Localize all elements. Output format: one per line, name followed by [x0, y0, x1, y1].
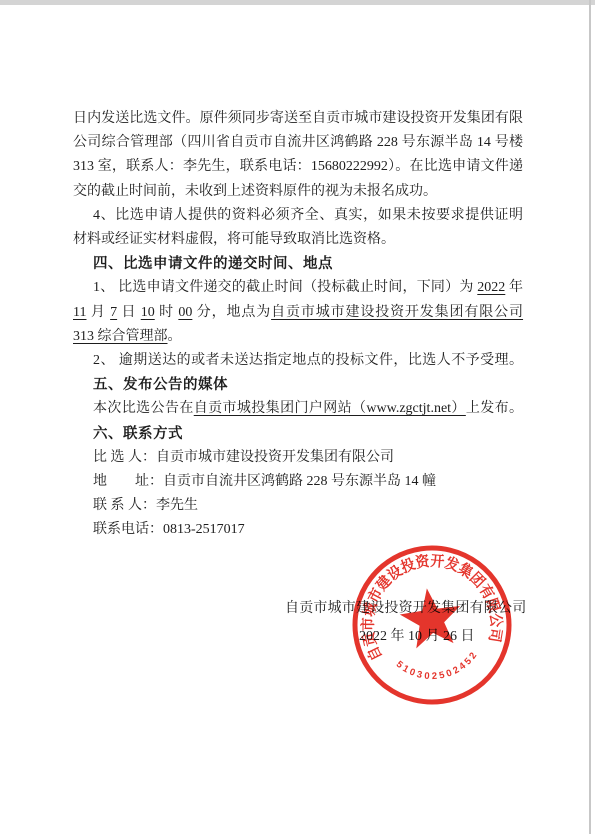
text-segment: 月 — [86, 305, 110, 320]
doc-line: 2、 逾期送达的或者未送达指定地点的投标文件，比选人不予受理。 — [73, 349, 523, 373]
section-heading-6: 六、联系方式 — [73, 422, 523, 446]
text-segment: 上发布。 — [466, 401, 523, 416]
star-icon — [397, 584, 465, 650]
text-segment: 分，地点为 — [192, 305, 271, 320]
section-heading-5: 五、发布公告的媒体 — [73, 373, 523, 397]
text-segment: 年 — [505, 280, 523, 295]
doc-line: 313 综合管理部。 — [73, 325, 523, 349]
text-segment: 日 — [117, 305, 141, 320]
underlined-hour: 10 — [141, 305, 155, 320]
doc-line: 11 月 7 日 10 时 00 分，地点为自贡市城市建设投资开发集团有限公司 — [73, 301, 523, 325]
text-segment: 本次比选公告在 — [93, 401, 194, 416]
section-heading-4: 四、比选申请文件的递交时间、地点 — [73, 252, 523, 276]
document-page: 日内发送比选文件。原件须同步寄送至自贡市城市建设投资开发集团有限 公司综合管理部… — [0, 0, 595, 834]
page-right-edge — [589, 0, 591, 834]
company-seal-stamp: 自贡市城市建设投资开发集团有限公司 5103025024523 — [339, 532, 524, 717]
doc-line: 313 室，联系人：李先生，联系电话：15680222992）。在比选申请文件递 — [73, 155, 523, 179]
page-top-edge — [0, 0, 595, 5]
underlined-website: 自贡市城投集团门户网站（www.zgctjt.net） — [194, 401, 466, 416]
doc-line: 日内发送比选文件。原件须同步寄送至自贡市城市建设投资开发集团有限 — [73, 107, 523, 131]
doc-line: 交的截止时间前，未收到上述资料原件的视为未报名成功。 — [73, 180, 523, 204]
underlined-date-month: 11 — [73, 305, 86, 320]
doc-line: 材料或经证实材料虚假，将可能导致取消比选资格。 — [73, 228, 523, 252]
underlined-location: 313 综合管理部 — [73, 329, 168, 344]
contact-selector-line: 比 选 人：自贡市城市建设投资开发集团有限公司 — [73, 446, 523, 470]
contact-address-line: 地 址：自贡市自流井区鸿鹤路 228 号东源半岛 14 幢 — [73, 470, 523, 494]
doc-line: 1、 比选申请文件递交的截止时间（投标截止时间，下同）为 2022 年 — [73, 276, 523, 300]
text-segment: 1、 比选申请文件递交的截止时间（投标截止时间，下同）为 — [93, 280, 477, 295]
document-body: 日内发送比选文件。原件须同步寄送至自贡市城市建设投资开发集团有限 公司综合管理部… — [73, 107, 523, 543]
contact-person-line: 联 系 人：李先生 — [73, 494, 523, 518]
doc-line: 4、比选申请人提供的资料必须齐全、真实，如果未按要求提供证明 — [73, 204, 523, 228]
underlined-date-year: 2022 — [477, 280, 505, 295]
doc-line: 本次比选公告在自贡市城投集团门户网站（www.zgctjt.net）上发布。 — [73, 397, 523, 421]
text-segment: 时 — [155, 305, 179, 320]
doc-line: 公司综合管理部（四川省自贡市自流井区鸿鹤路 228 号东源半岛 14 号楼 — [73, 131, 523, 155]
underlined-minute: 00 — [178, 305, 192, 320]
underlined-location: 自贡市城市建设投资开发集团有限公司 — [271, 305, 523, 320]
text-segment: 。 — [168, 329, 182, 344]
